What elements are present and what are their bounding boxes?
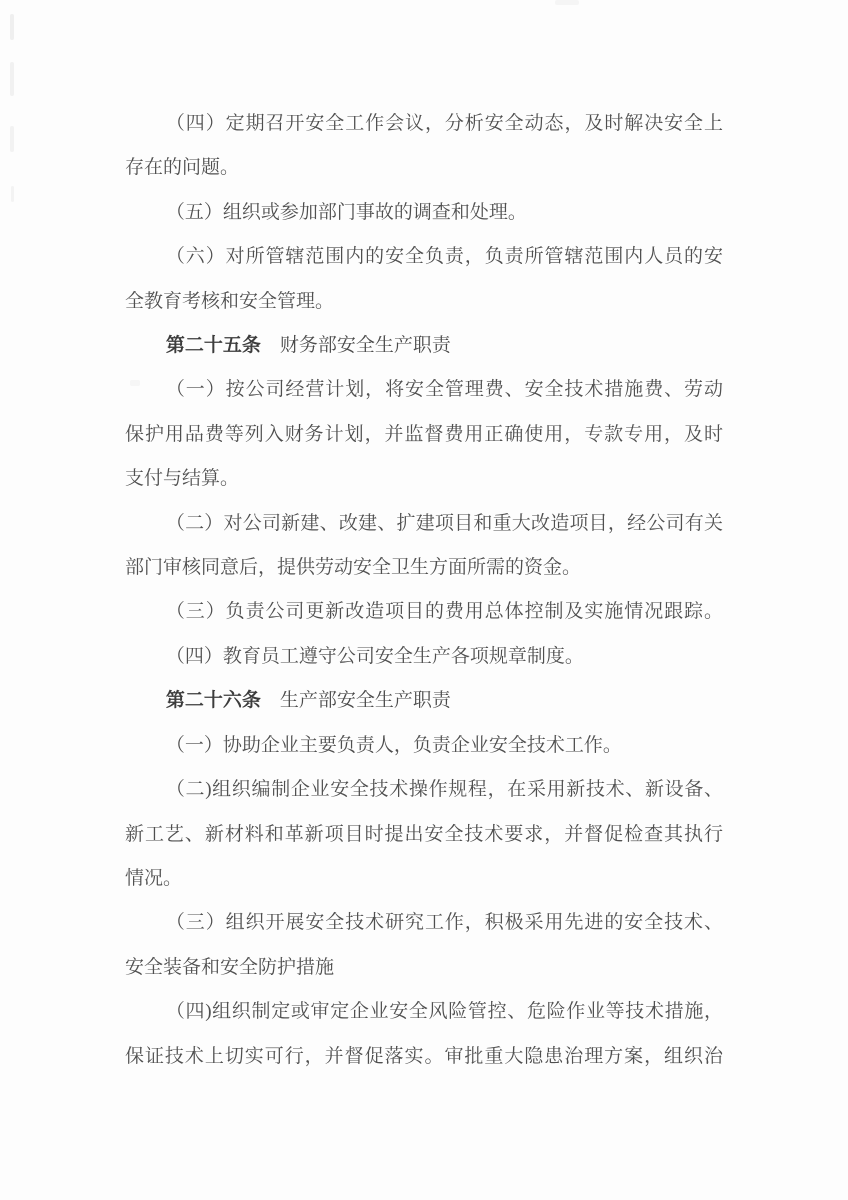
scan-artifact (10, 62, 14, 96)
document-line: （三）组织开展安全技术研究工作，积极采用先进的安全技术、 (125, 901, 723, 945)
document-page: （四）定期召开安全工作会议，分析安全动态，及时解决安全上 存在的问题。 （五）组… (0, 0, 848, 1200)
document-line: （一）协助企业主要负责人，负责企业安全技术工作。 (125, 724, 723, 768)
document-line: （六）对所管辖范围内的安全负责，负责所管辖范围内人员的安 (125, 235, 723, 279)
document-line: 情况。 (125, 857, 723, 901)
document-line: 存在的问题。 (125, 146, 723, 190)
document-line: 部门审核同意后，提供劳动安全卫生方面所需的资金。 (125, 546, 723, 590)
scan-artifact (10, 14, 14, 40)
document-line: （二）对公司新建、改建、扩建项目和重大改造项目，经公司有关 (125, 502, 723, 546)
document-line: （四）定期召开安全工作会议，分析安全动态，及时解决安全上 (125, 102, 723, 146)
document-line: （四）教育员工遵守公司安全生产各项规章制度。 (125, 635, 723, 679)
section-heading: 第二十六条生产部安全生产职责 (125, 679, 723, 723)
document-body: （四）定期召开安全工作会议，分析安全动态，及时解决安全上 存在的问题。 （五）组… (125, 102, 723, 1079)
document-line: 全教育考核和安全管理。 (125, 280, 723, 324)
document-line: （五）组织或参加部门事故的调查和处理。 (125, 191, 723, 235)
scan-artifact (10, 126, 14, 152)
section-title: 生产部安全生产职责 (261, 690, 451, 711)
document-line: 保证技术上切实可行，并督促落实。审批重大隐患治理方案，组织治 (125, 1035, 723, 1079)
section-number: 第二十六条 (166, 690, 261, 711)
document-line: （二)组织编制企业安全技术操作规程，在采用新技术、新设备、 (125, 768, 723, 812)
document-line: （四)组织制定或审定企业安全风险管控、危险作业等技术措施， (125, 990, 723, 1034)
section-title: 财务部安全生产职责 (261, 335, 451, 356)
scan-artifact (555, 0, 579, 5)
document-line: 新工艺、新材料和革新项目时提出安全技术要求，并督促检查其执行 (125, 813, 723, 857)
document-line: （一）按公司经营计划，将安全管理费、安全技术措施费、劳动 (125, 368, 723, 412)
document-line: （三）负责公司更新改造项目的费用总体控制及实施情况跟踪。 (125, 590, 723, 634)
document-line: 保护用品费等列入财务计划，并监督费用正确使用，专款专用，及时 (125, 413, 723, 457)
section-number: 第二十五条 (166, 335, 261, 356)
document-line: 安全装备和安全防护措施 (125, 946, 723, 990)
document-line: 支付与结算。 (125, 457, 723, 501)
section-heading: 第二十五条财务部安全生产职责 (125, 324, 723, 368)
scan-artifact (11, 186, 14, 202)
